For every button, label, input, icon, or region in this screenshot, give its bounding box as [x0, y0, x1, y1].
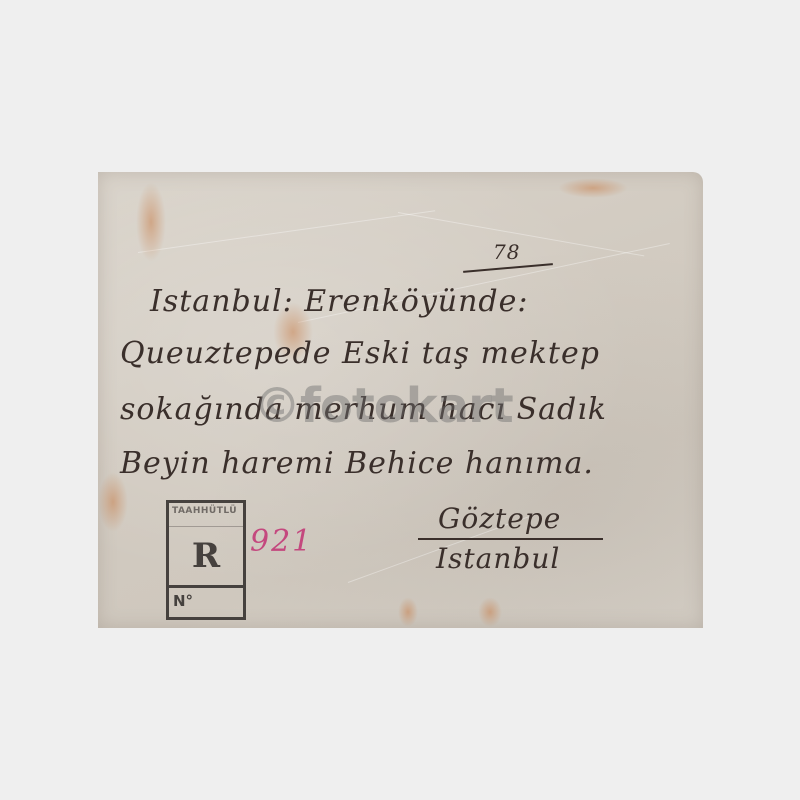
- foxing-stain: [98, 472, 128, 532]
- address-line-4: Beyin haremi Behice hanıma.: [120, 446, 594, 481]
- paper-crease: [138, 210, 435, 253]
- sender-line-1: Göztepe: [438, 502, 561, 535]
- address-line-2: Queuztepede Eski taş mektep: [120, 336, 600, 371]
- sender-underline: [418, 538, 603, 540]
- sender-line-2: Istanbul: [436, 542, 560, 575]
- stamp-number-label: N°: [169, 588, 243, 610]
- address-line-1: Istanbul: Erenköyünde:: [150, 284, 528, 319]
- foxing-stain: [558, 178, 628, 198]
- foxing-stain: [478, 597, 502, 627]
- registration-number: 921: [250, 524, 313, 559]
- envelope: 78 Istanbul: Erenköyünde: Queuztepede Es…: [98, 172, 703, 628]
- reference-number: 78: [493, 240, 520, 264]
- watermark: ©fotokart: [253, 378, 513, 434]
- foxing-stain: [136, 182, 166, 262]
- paper-crease: [398, 212, 644, 256]
- registered-mail-stamp: TAAHHÜTLÜ R N°: [166, 500, 246, 620]
- stamp-letter: R: [169, 527, 243, 588]
- stamp-header: TAAHHÜTLÜ: [169, 503, 243, 527]
- foxing-stain: [398, 597, 418, 627]
